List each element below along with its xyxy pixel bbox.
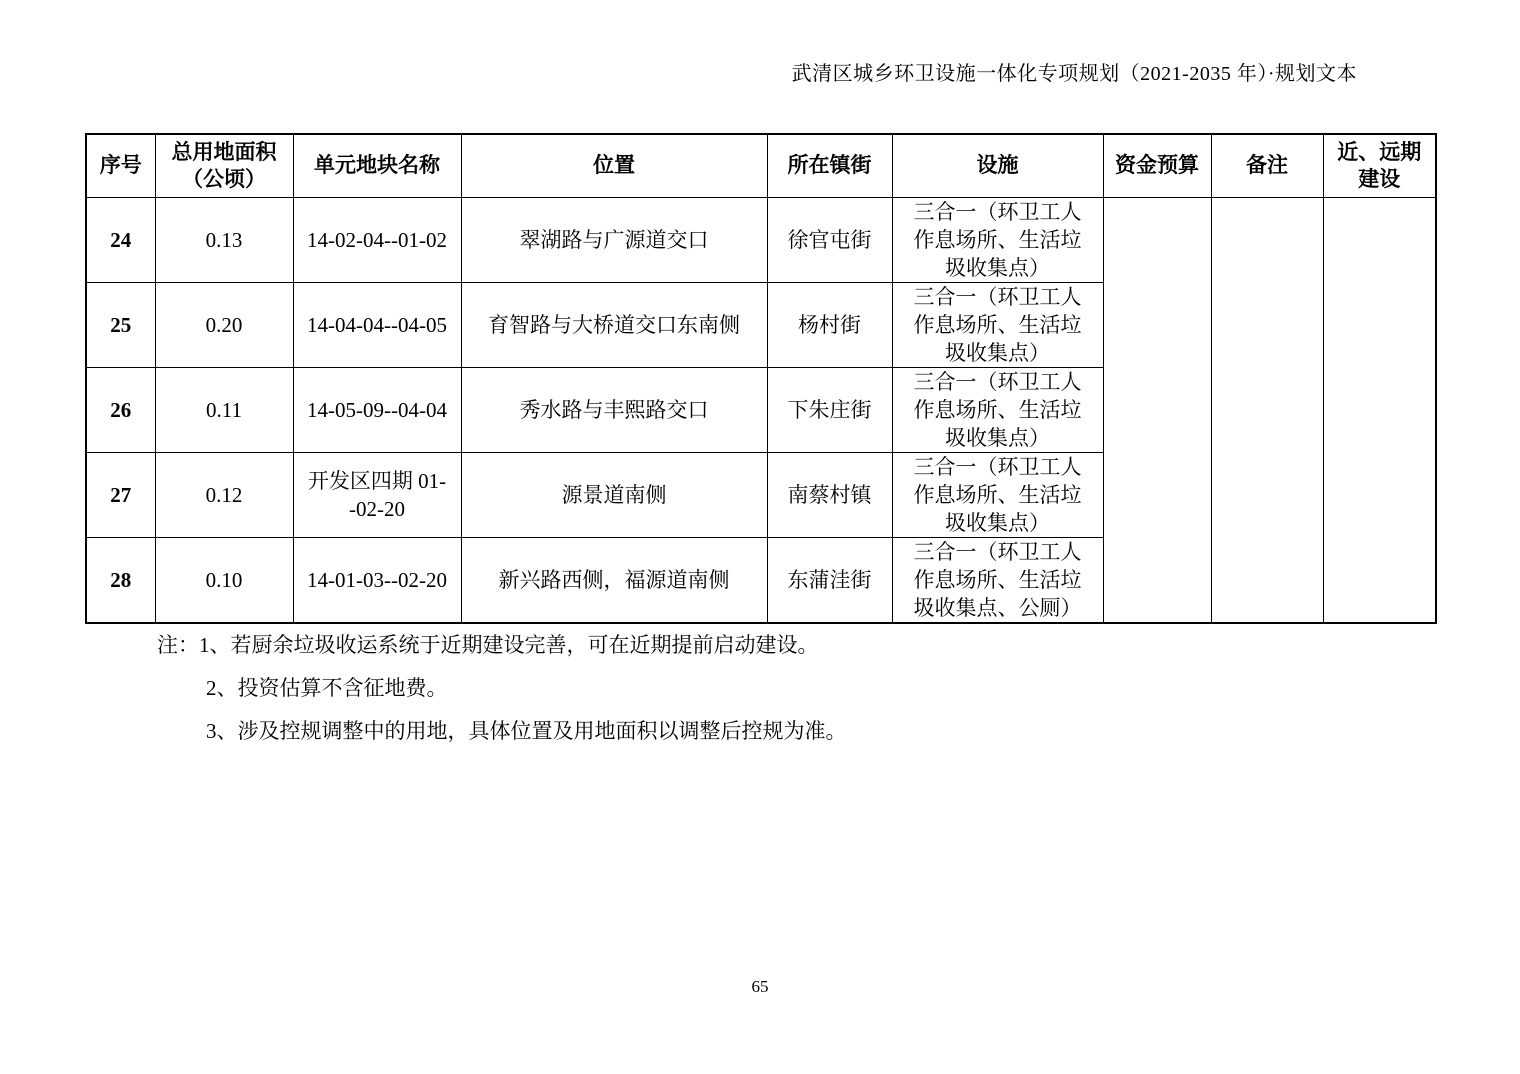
note-line-2: 2、投资估算不含征地费。 bbox=[85, 673, 1435, 703]
cell-parcel: 14-01-03--02-20 bbox=[293, 537, 461, 623]
cell-seq: 24 bbox=[86, 197, 155, 282]
cell-area: 0.13 bbox=[155, 197, 293, 282]
col-header-facility: 设施 bbox=[892, 134, 1103, 197]
col-header-budget: 资金预算 bbox=[1103, 134, 1211, 197]
cell-facility: 三合一（环卫工人 作息场所、生活垃 圾收集点） bbox=[892, 367, 1103, 452]
note-line-3: 3、涉及控规调整中的用地，具体位置及用地面积以调整后控规为准。 bbox=[85, 716, 1435, 746]
document-header-title: 武清区城乡环卫设施一体化专项规划（2021-2035 年）·规划文本 bbox=[792, 62, 1357, 86]
document-page: 武清区城乡环卫设施一体化专项规划（2021-2035 年）·规划文本 序号 总用… bbox=[0, 0, 1520, 1074]
cell-seq: 28 bbox=[86, 537, 155, 623]
cell-seq: 25 bbox=[86, 282, 155, 367]
cell-area: 0.10 bbox=[155, 537, 293, 623]
cell-remark-merged bbox=[1211, 197, 1323, 623]
cell-facility: 三合一（环卫工人 作息场所、生活垃 圾收集点） bbox=[892, 282, 1103, 367]
cell-town: 杨村街 bbox=[767, 282, 892, 367]
col-header-seq: 序号 bbox=[86, 134, 155, 197]
cell-facility: 三合一（环卫工人 作息场所、生活垃 圾收集点） bbox=[892, 197, 1103, 282]
cell-parcel: 14-02-04--01-02 bbox=[293, 197, 461, 282]
cell-location: 源景道南侧 bbox=[461, 452, 767, 537]
note-line-1: 注：1、若厨余垃圾收运系统于近期建设完善，可在近期提前启动建设。 bbox=[85, 630, 1435, 660]
cell-seq: 26 bbox=[86, 367, 155, 452]
cell-town: 东蒲洼街 bbox=[767, 537, 892, 623]
cell-location: 育智路与大桥道交口东南侧 bbox=[461, 282, 767, 367]
cell-area: 0.20 bbox=[155, 282, 293, 367]
cell-seq: 27 bbox=[86, 452, 155, 537]
page-number: 65 bbox=[0, 975, 1520, 999]
cell-location: 秀水路与丰熙路交口 bbox=[461, 367, 767, 452]
cell-town: 徐官屯街 bbox=[767, 197, 892, 282]
table-header-row: 序号 总用地面积 （公顷） 单元地块名称 位置 所在镇街 设施 资金预算 备注 … bbox=[86, 134, 1436, 197]
cell-area: 0.12 bbox=[155, 452, 293, 537]
cell-parcel: 14-05-09--04-04 bbox=[293, 367, 461, 452]
notes-section: 注：1、若厨余垃圾收运系统于近期建设完善，可在近期提前启动建设。 2、投资估算不… bbox=[85, 630, 1435, 759]
cell-location: 新兴路西侧，福源道南侧 bbox=[461, 537, 767, 623]
sanitation-facility-land-table: 序号 总用地面积 （公顷） 单元地块名称 位置 所在镇街 设施 资金预算 备注 … bbox=[85, 133, 1437, 624]
cell-location: 翠湖路与广源道交口 bbox=[461, 197, 767, 282]
cell-town: 下朱庄街 bbox=[767, 367, 892, 452]
col-header-parcel-name: 单元地块名称 bbox=[293, 134, 461, 197]
cell-facility: 三合一（环卫工人 作息场所、生活垃 圾收集点、公厕） bbox=[892, 537, 1103, 623]
col-header-period: 近、远期 建设 bbox=[1323, 134, 1436, 197]
cell-parcel: 开发区四期 01- -02-20 bbox=[293, 452, 461, 537]
cell-town: 南蔡村镇 bbox=[767, 452, 892, 537]
cell-facility: 三合一（环卫工人 作息场所、生活垃 圾收集点） bbox=[892, 452, 1103, 537]
col-header-total-area: 总用地面积 （公顷） bbox=[155, 134, 293, 197]
cell-parcel: 14-04-04--04-05 bbox=[293, 282, 461, 367]
cell-period-merged bbox=[1323, 197, 1436, 623]
cell-area: 0.11 bbox=[155, 367, 293, 452]
col-header-remark: 备注 bbox=[1211, 134, 1323, 197]
table-row: 24 0.13 14-02-04--01-02 翠湖路与广源道交口 徐官屯街 三… bbox=[86, 197, 1436, 282]
col-header-location: 位置 bbox=[461, 134, 767, 197]
cell-budget-merged bbox=[1103, 197, 1211, 623]
col-header-town: 所在镇街 bbox=[767, 134, 892, 197]
